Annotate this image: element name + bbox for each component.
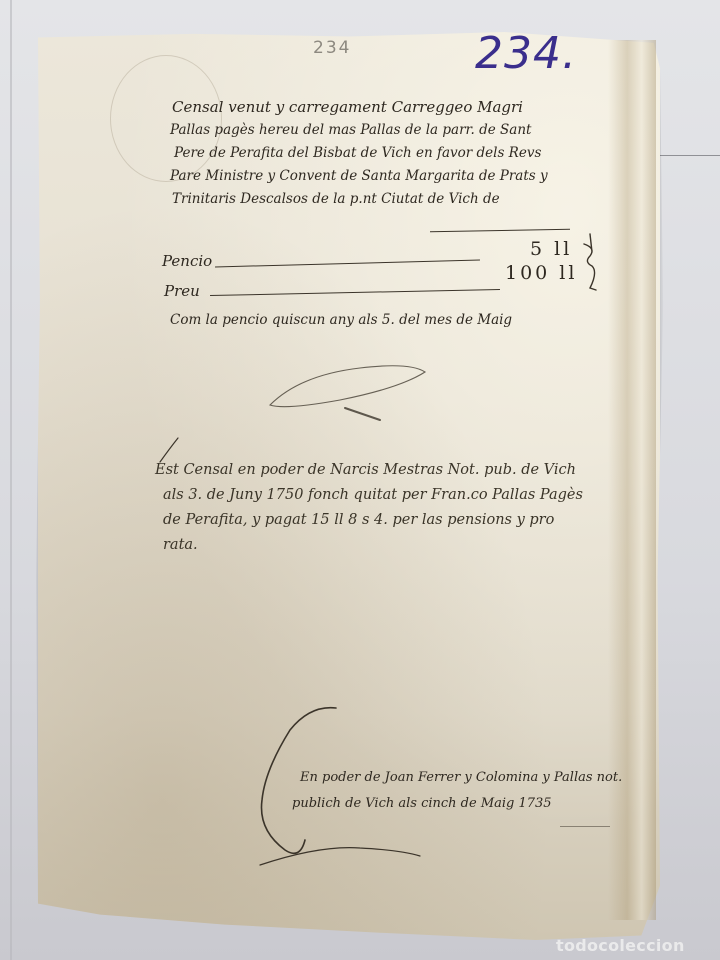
bracket-flourish <box>584 234 596 290</box>
signature-scroll <box>270 366 425 407</box>
notary-flourish <box>261 708 336 854</box>
pen-flourishes <box>0 0 720 960</box>
watermark-text: todocoleccion <box>556 936 685 955</box>
